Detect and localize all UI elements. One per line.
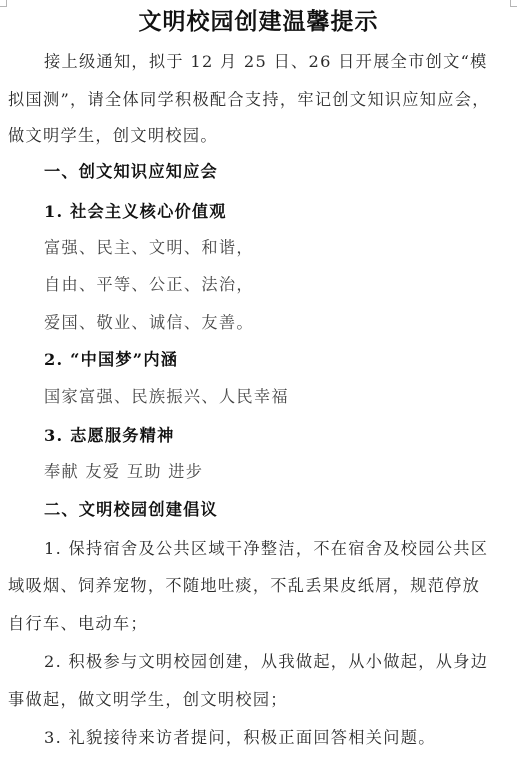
chinese-dream-line: 国家富强、民族振兴、人民幸福 xyxy=(8,385,517,409)
intro-line-1: 接上级通知，拟于 12 月 25 日、26 日开展全市创文“模 xyxy=(8,50,517,74)
subsection-3-heading: 3. 志愿服务精神 xyxy=(8,424,517,448)
proposal-2-line-2: 事做起，做文明学生，创文明校园； xyxy=(8,688,508,712)
core-values-line-1: 富强、民主、文明、和谐， xyxy=(8,236,517,260)
document-title: 文明校园创建温馨提示 xyxy=(0,6,517,38)
core-values-line-2: 自由、平等、公正、法治， xyxy=(8,273,517,297)
intro-line-2: 拟国测”，请全体同学积极配合支持，牢记创文知识应知应会， xyxy=(8,88,508,112)
volunteer-spirit-line: 奉献 友爱 互助 进步 xyxy=(8,460,517,484)
proposal-1-line-1: 1. 保持宿舍及公共区域干净整洁，不在宿舍及校园公共区 xyxy=(8,537,517,561)
proposal-3-line-1: 3. 礼貌接待来访者提问，积极正面回答相关问题。 xyxy=(8,726,517,750)
intro-line-3: 做文明学生，创文明校园。 xyxy=(8,124,508,148)
section-2-heading: 二、文明校园创建倡议 xyxy=(8,498,517,522)
proposal-1-line-3: 自行车、电动车； xyxy=(8,612,508,636)
core-values-line-3: 爱国、敬业、诚信、友善。 xyxy=(8,311,517,335)
section-1-heading: 一、创文知识应知应会 xyxy=(8,160,517,184)
subsection-1-heading: 1. 社会主义核心价值观 xyxy=(8,200,517,224)
subsection-2-heading: 2. “中国梦”内涵 xyxy=(8,348,517,372)
proposal-1-line-2: 域吸烟、饲养宠物，不随地吐痰，不乱丢果皮纸屑，规范停放 xyxy=(8,574,508,598)
document-page: 文明校园创建温馨提示 接上级通知，拟于 12 月 25 日、26 日开展全市创文… xyxy=(0,0,517,762)
proposal-2-line-1: 2. 积极参与文明校园创建，从我做起，从小做起，从身边 xyxy=(8,650,517,674)
